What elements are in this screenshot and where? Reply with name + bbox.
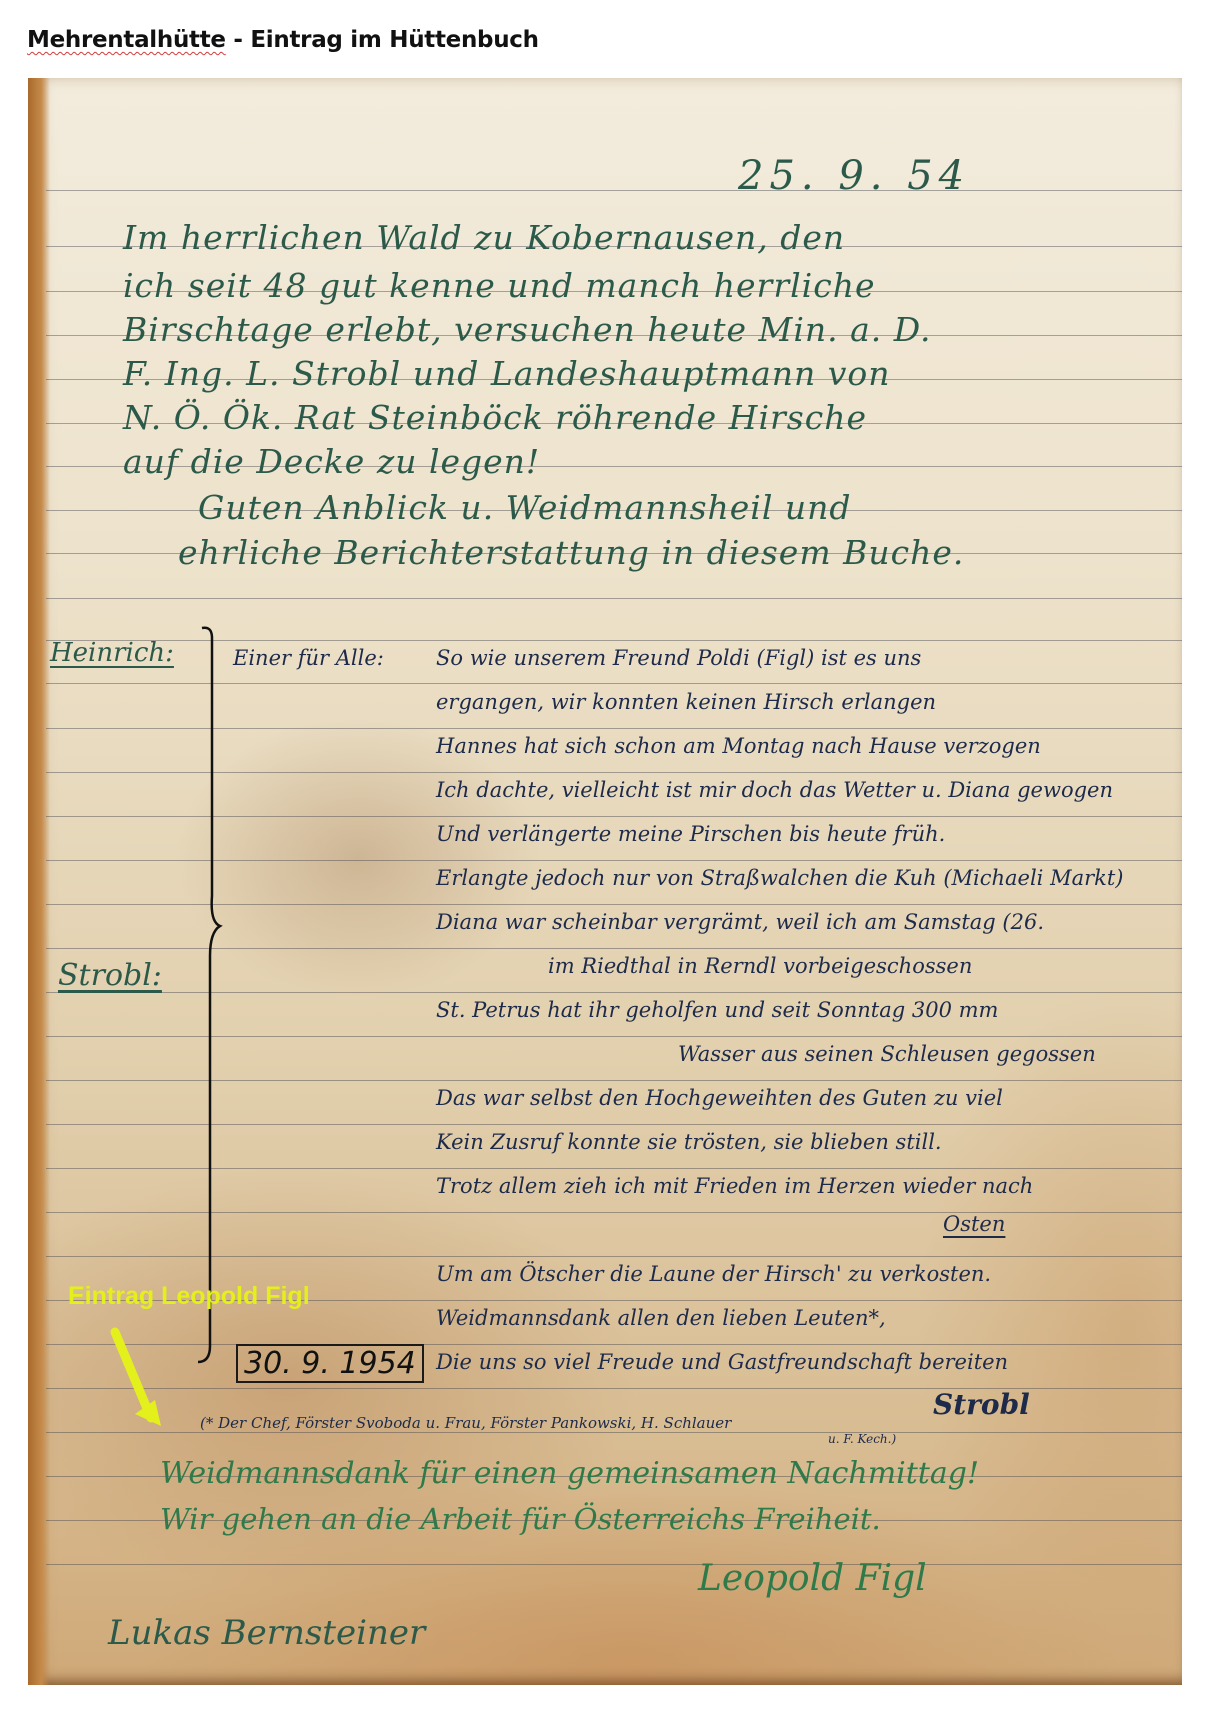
entry-line: Guten Anblick u. Weidmannsheil und: [198, 488, 852, 527]
poem-line: Hannes hat sich schon am Montag nach Hau…: [436, 734, 1041, 758]
footnote-continued: u. F. Kech.): [828, 1432, 896, 1446]
entry-line: F. Ing. L. Strobl und Landeshauptmann vo…: [123, 354, 891, 393]
title-separator: -: [226, 27, 251, 53]
poem-line: Das war selbst den Hochgeweihten des Gut…: [436, 1086, 1003, 1110]
poem-line: Wasser aus seinen Schleusen gegossen: [678, 1042, 1096, 1066]
poem-line: Die uns so viel Freude und Gastfreundsch…: [436, 1350, 1008, 1374]
poem-line: Ich dachte, vielleicht ist mir doch das …: [436, 778, 1113, 802]
guestbook-page-photo: 25. 9. 54 Im herrlichen Wald zu Kobernau…: [28, 78, 1182, 1685]
title-subtitle: Eintrag im Hüttenbuch: [250, 27, 538, 53]
entry-line: N. Ö. Ök. Rat Steinböck röhrende Hirsche: [123, 398, 867, 437]
poem-line: Kein Zusruf konnte sie trösten, sie blie…: [436, 1130, 942, 1154]
poem-line: Und verlängerte meine Pirschen bis heute…: [436, 822, 945, 846]
poem-line: ergangen, wir konnten keinen Hirsch erla…: [436, 690, 936, 714]
entry-line: ehrliche Berichterstattung in diesem Buc…: [178, 533, 964, 572]
poem-heading: Einer für Alle:: [233, 646, 384, 670]
figl-entry-line: Weidmannsdank für einen gemeinsamen Nach…: [160, 1456, 979, 1491]
footnote: (* Der Chef, Förster Svoboda u. Frau, Fö…: [200, 1414, 731, 1432]
boxed-date: 30. 9. 1954: [236, 1344, 424, 1383]
figl-entry-line: Wir gehen an die Arbeit für Österreichs …: [160, 1502, 881, 1536]
annotation-arrow-icon: [113, 1330, 173, 1440]
margin-name-heinrich: Heinrich:: [50, 638, 174, 668]
entry-line: auf die Decke zu legen!: [123, 442, 540, 481]
signature-bernsteiner: Lukas Bernsteiner: [108, 1613, 425, 1653]
entry-line: Birschtage erlebt, versuchen heute Min. …: [123, 310, 932, 349]
margin-name-strobl: Strobl:: [58, 958, 162, 993]
signature-leopold-figl: Leopold Figl: [698, 1558, 927, 1599]
poem-line: Erlangte jedoch nur von Straßwalchen die…: [436, 866, 1124, 890]
poem-line: So wie unserem Freund Poldi (Figl) ist e…: [436, 646, 921, 670]
page-binding-edge: [28, 78, 50, 1685]
entry-line: ich seit 48 gut kenne und manch herrlich…: [123, 266, 875, 305]
poem-line: Diana war scheinbar vergrämt, weil ich a…: [436, 910, 1044, 934]
poem-line: Osten: [943, 1212, 1005, 1236]
signature-strobl: Strobl: [933, 1388, 1030, 1421]
title-place-name: Mehrentalhütte: [27, 27, 226, 53]
poem-line: Um am Ötscher die Laune der Hirsch' zu v…: [436, 1262, 991, 1286]
entry-date: 25. 9. 54: [738, 153, 970, 199]
curly-bracket: [198, 626, 238, 1366]
document-title: Mehrentalhütte - Eintrag im Hüttenbuch: [27, 27, 539, 53]
poem-line: Weidmannsdank allen den lieben Leuten*,: [436, 1306, 886, 1330]
poem-line: Trotz allem zieh ich mit Frieden im Herz…: [436, 1174, 1033, 1198]
poem-line: St. Petrus hat ihr geholfen und seit Son…: [436, 998, 998, 1022]
poem-line: im Riedthal in Rerndl vorbeigeschossen: [548, 954, 972, 978]
entry-line: Im herrlichen Wald zu Kobernausen, den: [123, 218, 845, 257]
annotation-label: Eintrag Leopold Figl: [68, 1282, 310, 1311]
